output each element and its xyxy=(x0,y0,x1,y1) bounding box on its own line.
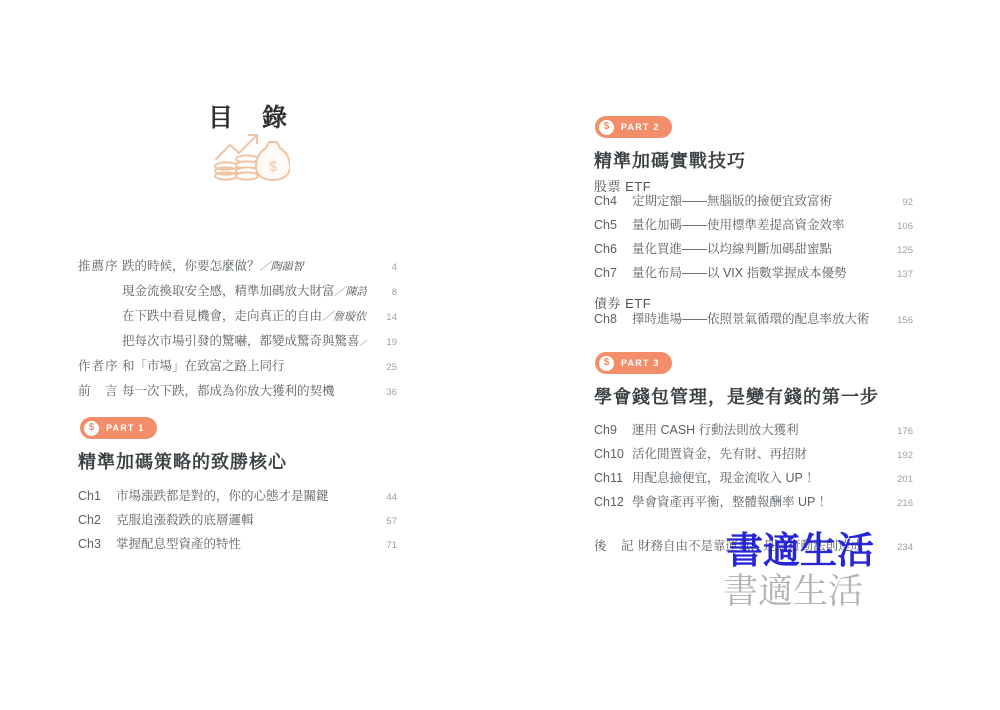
row-title: 在下跌中看見機會，走向真正的自由／詹璇依 xyxy=(122,306,367,324)
chapter-number: Ch12 xyxy=(594,495,632,509)
part2-badge: $ PART 2 xyxy=(595,116,672,138)
page-number: 156 xyxy=(883,315,913,326)
page-number: 201 xyxy=(883,474,913,485)
part2-title: 精準加碼實戰技巧 xyxy=(594,147,746,173)
part1-chapter-list: Ch1 市場漲跌都是對的，你的心態才是關鍵 44 Ch2 克服追漲殺跌的底層邏輯… xyxy=(78,486,397,558)
svg-text:$: $ xyxy=(269,158,277,174)
chapter-title: 學會資產再平衡，整體報酬率 UP ！ xyxy=(632,492,883,510)
stock-chapter-list: Ch4 定期定額——無腦版的撿便宜致富術 92 Ch5 量化加碼——使用標準差提… xyxy=(594,191,913,287)
page-number: 192 xyxy=(883,450,913,461)
page-number: 36 xyxy=(367,387,397,398)
watermark-gray: 書適生活 xyxy=(723,564,863,614)
toc-row: 推薦序 跌的時候，你要怎麼做？／陶韻智 4 xyxy=(78,256,397,281)
chapter-row: Ch11 用配息撿便宜，現金流收入 UP ！ 201 xyxy=(594,468,913,492)
toc-page: 目 錄 $ 推薦序 跌的時候，你要怎麼做？／陶韻智 4 xyxy=(0,0,1000,710)
chapter-row: Ch3 掌握配息型資產的特性 71 xyxy=(78,534,397,558)
part3-badge: $ PART 3 xyxy=(595,352,672,374)
dollar-badge-icon: $ xyxy=(84,421,99,436)
chapter-title: 用配息撿便宜，現金流收入 UP ！ xyxy=(632,468,883,486)
page-number: 4 xyxy=(367,262,397,273)
toc-row: 現金流換取安全感，精準加碼放大財富／陳詩慧 8 xyxy=(78,281,397,306)
part1-title: 精準加碼策略的致勝核心 xyxy=(78,448,287,474)
dollar-badge-icon: $ xyxy=(599,120,614,135)
row-label: 前 言 xyxy=(78,381,122,399)
chapter-number: Ch6 xyxy=(594,242,632,256)
row-author: ／陳詩慧 xyxy=(335,286,367,298)
page-number: 8 xyxy=(367,287,397,298)
page-number: 125 xyxy=(883,245,913,256)
page-number: 14 xyxy=(367,312,397,323)
chapter-title: 市場漲跌都是對的，你的心態才是關鍵 xyxy=(116,486,367,504)
chapter-title: 定期定額——無腦版的撿便宜致富術 xyxy=(632,191,883,209)
page-number: 25 xyxy=(367,362,397,373)
chapter-number: Ch5 xyxy=(594,218,632,232)
chapter-title: 掌握配息型資產的特性 xyxy=(116,534,367,552)
part3-badge-label: PART 3 xyxy=(621,358,660,368)
toc-row: 把每次市場引發的驚嚇，都變成驚奇與驚喜／王仲麟 19 xyxy=(78,331,397,356)
row-title: 每一次下跌，都成為你放大獲利的契機 xyxy=(122,381,367,399)
chapter-row: Ch5 量化加碼——使用標準差提高資金效率 106 xyxy=(594,215,913,239)
row-author: ／詹璇依 xyxy=(322,311,366,323)
page-number: 234 xyxy=(883,542,913,553)
part1-badge: $ PART 1 xyxy=(80,417,157,439)
chapter-number: Ch2 xyxy=(78,513,116,527)
page-number: 57 xyxy=(367,516,397,527)
chapter-title: 活化閒置資金，先有財、再招財 xyxy=(632,444,883,462)
row-author: ／王仲麟 xyxy=(360,336,367,348)
chapter-title: 量化買進——以均線判斷加碼甜蜜點 xyxy=(632,239,883,257)
chapter-row: Ch12 學會資產再平衡，整體報酬率 UP ！ 216 xyxy=(594,492,913,516)
chapter-title: 擇時進場——依照景氣循環的配息率放大術 xyxy=(632,309,883,327)
chapter-title: 量化布局——以 VIX 指數掌握成本優勢 xyxy=(632,263,883,281)
chapter-title: 運用 CASH 行動法則放大獲利 xyxy=(632,420,883,438)
chapter-row: Ch7 量化布局——以 VIX 指數掌握成本優勢 137 xyxy=(594,263,913,287)
dollar-badge-icon: $ xyxy=(599,356,614,371)
money-growth-icon: $ xyxy=(212,128,290,187)
part2-badge-label: PART 2 xyxy=(621,122,660,132)
chapter-number: Ch7 xyxy=(594,266,632,280)
page-number: 19 xyxy=(367,337,397,348)
chapter-number: Ch11 xyxy=(594,471,632,485)
chapter-row: Ch2 克服追漲殺跌的底層邏輯 57 xyxy=(78,510,397,534)
chapter-number: Ch9 xyxy=(594,423,632,437)
chapter-number: Ch10 xyxy=(594,447,632,461)
chapter-title: 量化加碼——使用標準差提高資金效率 xyxy=(632,215,883,233)
chapter-row: Ch9 運用 CASH 行動法則放大獲利 176 xyxy=(594,420,913,444)
page-number: 176 xyxy=(883,426,913,437)
chapter-number: Ch4 xyxy=(594,194,632,208)
chapter-row: Ch6 量化買進——以均線判斷加碼甜蜜點 125 xyxy=(594,239,913,263)
page-number: 44 xyxy=(367,492,397,503)
chapter-row: Ch8 擇時進場——依照景氣循環的配息率放大術 156 xyxy=(594,309,913,333)
page-number: 137 xyxy=(883,269,913,280)
row-label: 作者序 xyxy=(78,356,122,374)
chapter-row: Ch10 活化閒置資金，先有財、再招財 192 xyxy=(594,444,913,468)
page-number: 216 xyxy=(883,498,913,509)
toc-row: 前 言 每一次下跌，都成為你放大獲利的契機 36 xyxy=(78,381,397,406)
bond-chapter-list: Ch8 擇時進場——依照景氣循環的配息率放大術 156 xyxy=(594,309,913,333)
row-title: 跌的時候，你要怎麼做？／陶韻智 xyxy=(122,256,367,274)
row-title: 現金流換取安全感，精準加碼放大財富／陳詩慧 xyxy=(122,281,367,299)
front-matter-list: 推薦序 跌的時候，你要怎麼做？／陶韻智 4 現金流換取安全感，精準加碼放大財富／… xyxy=(78,256,397,406)
row-title: 把每次市場引發的驚嚇，都變成驚奇與驚喜／王仲麟 xyxy=(122,331,367,349)
row-author: ／陶韻智 xyxy=(260,261,304,273)
toc-row: 作者序 和「市場」在致富之路上同行 25 xyxy=(78,356,397,381)
row-label: 推薦序 xyxy=(78,256,122,274)
chapter-number: Ch1 xyxy=(78,489,116,503)
page-number: 106 xyxy=(883,221,913,232)
chapter-row: Ch4 定期定額——無腦版的撿便宜致富術 92 xyxy=(594,191,913,215)
chapter-number: Ch3 xyxy=(78,537,116,551)
toc-row: 在下跌中看見機會，走向真正的自由／詹璇依 14 xyxy=(78,306,397,331)
chapter-number: Ch8 xyxy=(594,312,632,326)
chapter-title: 克服追漲殺跌的底層邏輯 xyxy=(116,510,367,528)
row-label: 後 記 xyxy=(594,536,638,554)
part1-badge-label: PART 1 xyxy=(106,423,145,433)
part3-chapter-list: Ch9 運用 CASH 行動法則放大獲利 176 Ch10 活化閒置資金，先有財… xyxy=(594,420,913,516)
page-number: 92 xyxy=(883,197,913,208)
part3-title: 學會錢包管理，是變有錢的第一步 xyxy=(594,383,879,409)
row-title: 和「市場」在致富之路上同行 xyxy=(122,356,367,374)
page-number: 71 xyxy=(367,540,397,551)
chapter-row: Ch1 市場漲跌都是對的，你的心態才是關鍵 44 xyxy=(78,486,397,510)
